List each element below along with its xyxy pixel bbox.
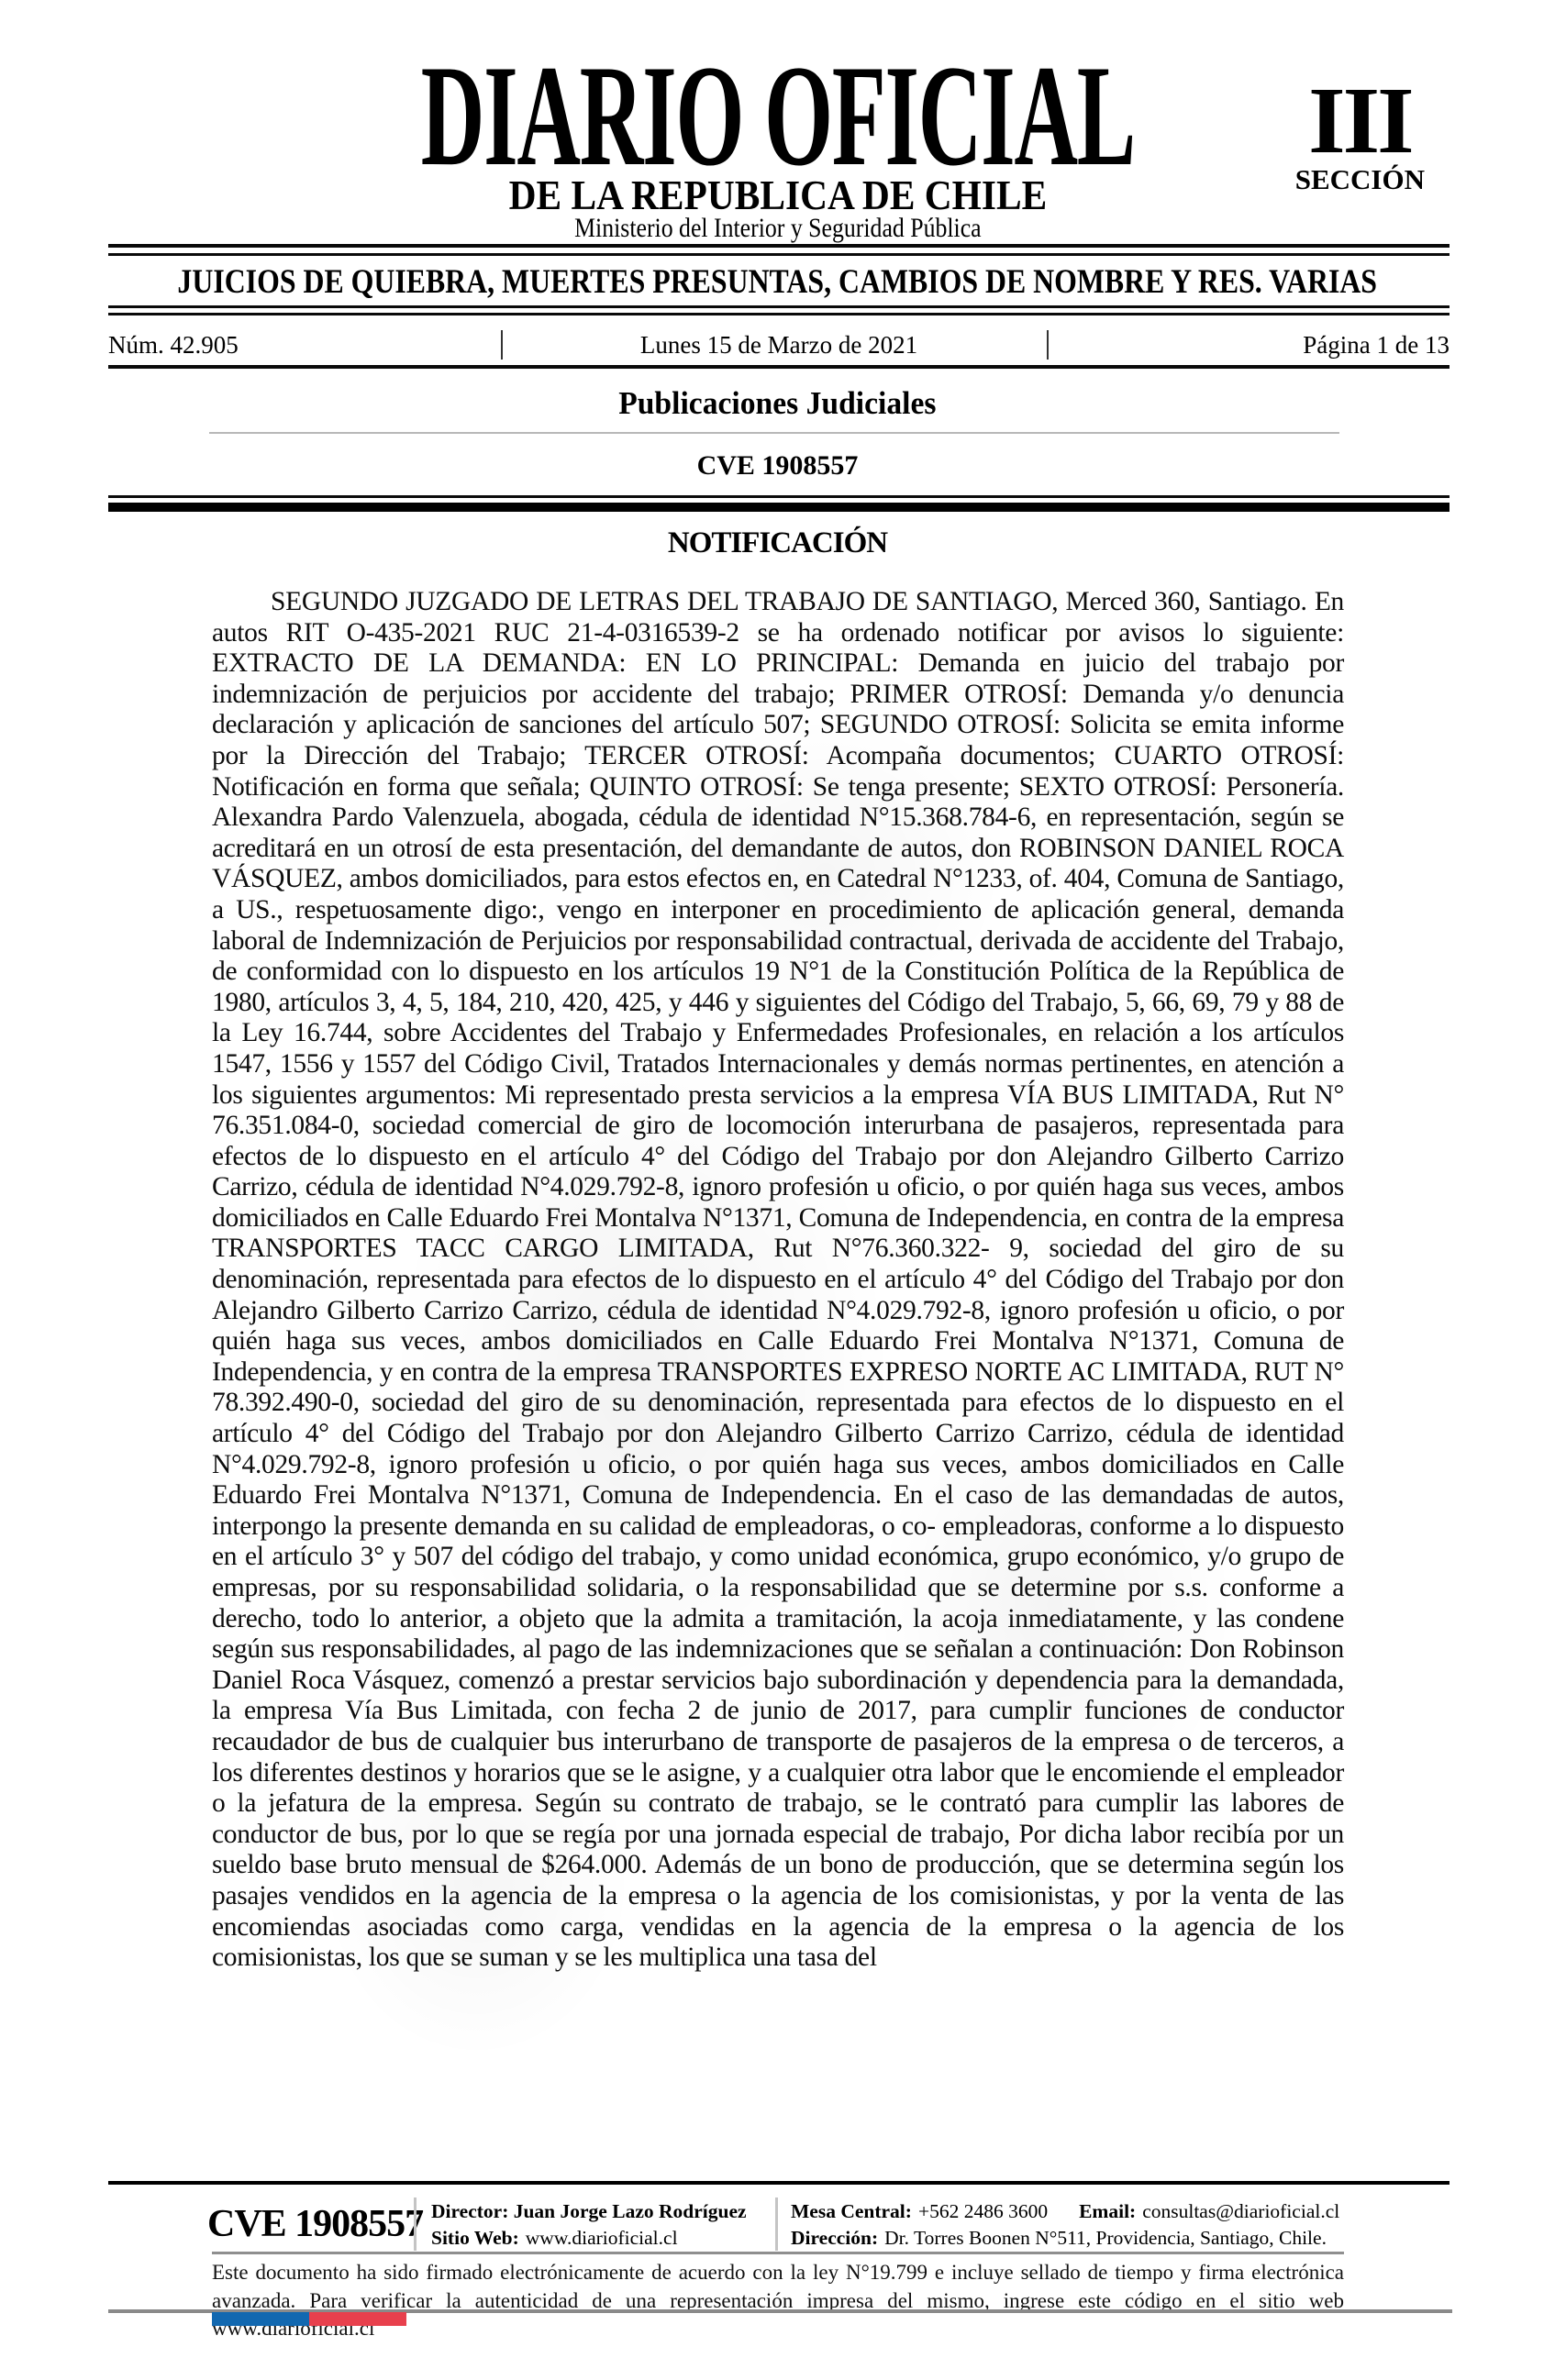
publication-cve-text: CVE 1908557 bbox=[697, 449, 859, 482]
issue-divider-right bbox=[1047, 330, 1049, 360]
masthead-ministry: Ministerio del Interior y Seguridad Públ… bbox=[0, 215, 1555, 242]
masthead-title-text: DIARIO OFICIAL bbox=[420, 48, 1134, 185]
footer-phone-email-line: Mesa Central:+562 2486 3600Email:consult… bbox=[791, 2198, 1339, 2225]
masthead-subtitle-text: DE LA REPUBLICA DE CHILE bbox=[508, 174, 1047, 216]
footer-website-label: Sitio Web: bbox=[431, 2227, 519, 2249]
footer-email-value: consultas@diarioficial.cl bbox=[1142, 2200, 1339, 2222]
section-label: SECCIÓN bbox=[1295, 165, 1425, 194]
masthead-ministry-text: Ministerio del Interior y Seguridad Públ… bbox=[574, 215, 982, 242]
legal-disclaimer: Este documento ha sido firmado electróni… bbox=[212, 2259, 1344, 2343]
footer-top-rule bbox=[108, 2181, 1449, 2185]
section-number: III bbox=[1295, 79, 1425, 163]
notice-body: SEGUNDO JUZGADO DE LETRAS DEL TRABAJO DE… bbox=[212, 587, 1344, 1974]
footer-address-value: Dr. Torres Boonen N°511, Providencia, Sa… bbox=[884, 2227, 1327, 2249]
flag-red-segment bbox=[309, 2312, 406, 2326]
categories-band: JUICIOS DE QUIEBRA, MUERTES PRESUNTAS, C… bbox=[0, 264, 1555, 301]
footer-divider-1 bbox=[414, 2197, 417, 2251]
light-divider bbox=[209, 432, 1339, 434]
footer-phone-value: +562 2486 3600 bbox=[918, 2200, 1048, 2222]
double-rule-top bbox=[108, 244, 1449, 256]
footer-mid-rule bbox=[212, 2252, 1344, 2254]
footer-address-line: Dirección:Dr. Torres Boonen N°511, Provi… bbox=[791, 2225, 1339, 2252]
footer-director-block: Director: Juan Jorge Lazo Rodríguez Siti… bbox=[431, 2198, 747, 2252]
double-rule-band-bottom bbox=[108, 305, 1449, 315]
footer-email-label: Email: bbox=[1079, 2200, 1136, 2222]
issue-row-rule bbox=[108, 365, 1449, 369]
footer-website-value: www.diarioficial.cl bbox=[526, 2227, 678, 2249]
issue-row: Núm. 42.905 Lunes 15 de Marzo de 2021 Pá… bbox=[108, 327, 1449, 362]
footer-contact-block: Mesa Central:+562 2486 3600Email:consult… bbox=[791, 2198, 1339, 2252]
flag-blue-segment bbox=[212, 2312, 309, 2326]
footer-website-line: Sitio Web:www.diarioficial.cl bbox=[431, 2225, 747, 2252]
publication-section-title: Publicaciones Judiciales bbox=[0, 385, 1555, 422]
thin-thick-rule bbox=[108, 495, 1449, 512]
footer-cve: CVE 1908557 bbox=[207, 2203, 423, 2245]
notice-type-heading: NOTIFICACIÓN bbox=[0, 525, 1555, 561]
gazette-page: DIARIO OFICIAL DE LA REPUBLICA DE CHILE … bbox=[0, 0, 1555, 2380]
footer-phone-label: Mesa Central: bbox=[791, 2200, 912, 2222]
issue-date: Lunes 15 de Marzo de 2021 bbox=[108, 327, 1449, 362]
chile-flag-bar bbox=[212, 2312, 406, 2326]
footer-address-label: Dirección: bbox=[791, 2227, 878, 2249]
categories-band-text: JUICIOS DE QUIEBRA, MUERTES PRESUNTAS, C… bbox=[178, 264, 1378, 301]
section-block: III SECCIÓN bbox=[1295, 79, 1425, 194]
publication-cve: CVE 1908557 bbox=[0, 449, 1555, 482]
notice-type-text: NOTIFICACIÓN bbox=[668, 525, 887, 561]
footer-director-line: Director: Juan Jorge Lazo Rodríguez bbox=[431, 2198, 747, 2225]
issue-page-indicator: Página 1 de 13 bbox=[1303, 327, 1449, 362]
footer-divider-2 bbox=[775, 2197, 778, 2251]
publication-section-title-text: Publicaciones Judiciales bbox=[618, 385, 936, 422]
